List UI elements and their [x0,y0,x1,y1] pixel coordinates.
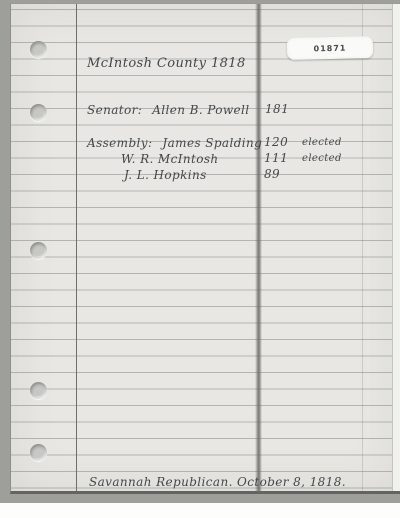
senator-vote-count: 181 [265,103,289,115]
faint-fold-line [362,4,363,491]
punch-hole [30,382,47,399]
assembly-entry-3: J. L. Hopkins [124,169,207,181]
assembly-vote-count: 89 [264,168,280,180]
catalog-number-sticker: 01871 [287,36,373,60]
assembly-vote-count: 120 [264,136,288,148]
punch-hole [30,242,47,259]
scanned-document: 01871 McIntosh County 1818 Senator:Allen… [0,0,400,518]
punch-hole [30,41,47,58]
assembly-candidate-name: J. L. Hopkins [124,168,207,182]
assembly-candidate-name: W. R. McIntosh [121,152,219,166]
assembly-vote-count: 111 [264,152,288,164]
punch-hole [30,104,47,121]
assembly-entry-1: Assembly:James Spalding [87,137,262,149]
punch-hole [30,444,47,461]
senator-entry: Senator:Allen B. Powell [87,104,250,116]
elected-note: elected [302,154,342,164]
senator-label: Senator: [87,103,142,117]
margin-rule-line [76,4,77,491]
assembly-candidate-name: James Spalding [162,136,262,150]
page-crease [255,4,262,491]
catalog-number: 01871 [313,43,346,53]
page-title: McIntosh County 1818 [87,57,246,70]
assembly-entry-2: W. R. McIntosh [121,153,219,165]
source-citation: Savannah Republican. October 8, 1818. [89,476,346,488]
scanner-bed-background: 01871 McIntosh County 1818 Senator:Allen… [0,0,400,503]
assembly-label: Assembly: [87,136,152,150]
senator-name: Allen B. Powell [152,103,249,117]
ruled-notebook-page: 01871 McIntosh County 1818 Senator:Allen… [10,3,400,494]
elected-note: elected [302,138,342,148]
page-right-edge [392,4,400,491]
